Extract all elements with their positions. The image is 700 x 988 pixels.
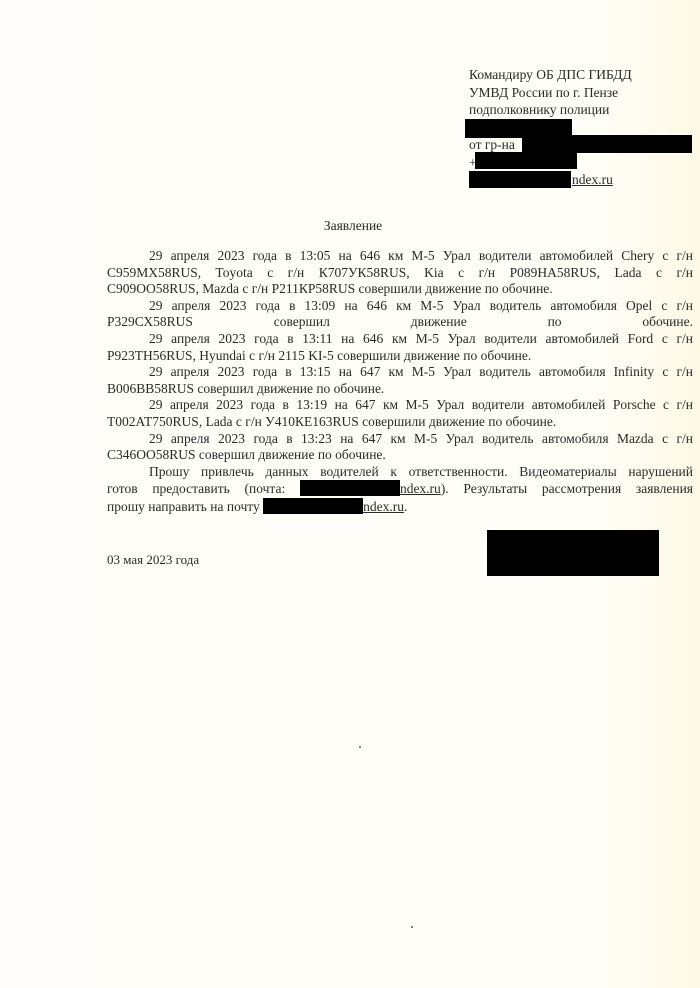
request-text: ). Результаты рассмотрения заявления bbox=[441, 481, 693, 496]
incident-paragraph: 29 апреля 2023 года в 13:23 на 647 км М-… bbox=[107, 431, 693, 464]
document-body: 29 апреля 2023 года в 13:05 на 646 км М-… bbox=[107, 248, 693, 516]
phone-line: + bbox=[469, 154, 700, 172]
text-line: готов предоставить (почта: ndex.ru). Рез… bbox=[107, 480, 693, 498]
text-line: С959МХ58RUS, Toyota с г/н К707УК58RUS, K… bbox=[107, 265, 693, 282]
text-line: 29 апреля 2023 года в 13:05 на 646 км М-… bbox=[107, 248, 693, 265]
redaction-box bbox=[300, 480, 400, 496]
redaction-box bbox=[475, 152, 577, 169]
scan-speck bbox=[411, 926, 413, 928]
text-line: Т002АТ750RUS, Lada с г/н У410КЕ163RUS со… bbox=[107, 414, 693, 431]
request-text: . bbox=[404, 499, 407, 514]
email-link[interactable]: ndex.ru bbox=[572, 171, 613, 189]
email-line: ndex.ru bbox=[469, 171, 700, 189]
redaction-box bbox=[263, 498, 363, 514]
incident-paragraph: 29 апреля 2023 года в 13:11 на 646 км М-… bbox=[107, 331, 693, 364]
text-line: С346ОО58RUS совершил движение по обочине… bbox=[107, 447, 693, 464]
text-line: 29 апреля 2023 года в 13:15 на 647 км М-… bbox=[107, 364, 693, 381]
request-text: готов предоставить (почта: bbox=[107, 481, 285, 496]
scan-speck bbox=[359, 746, 361, 748]
from-label: от гр-на bbox=[469, 137, 515, 152]
email-link[interactable]: ndex.ru bbox=[363, 499, 404, 514]
text-line: Прошу привлечь данных водителей к ответс… bbox=[107, 464, 693, 481]
incident-paragraph: 29 апреля 2023 года в 13:15 на 647 км М-… bbox=[107, 364, 693, 397]
document-date: 03 мая 2023 года bbox=[107, 552, 199, 568]
document-title: Заявление bbox=[0, 218, 700, 234]
request-paragraph: Прошу привлечь данных водителей к ответс… bbox=[107, 464, 693, 516]
text-line: Р923ТН56RUS, Hyundai с г/н 2115 KI-5 сов… bbox=[107, 348, 693, 365]
signature-redaction-box bbox=[487, 530, 659, 576]
document-page: Командиру ОБ ДПС ГИБДД УМВД России по г.… bbox=[0, 0, 700, 988]
addressee-line: Командиру ОБ ДПС ГИБДД bbox=[469, 66, 700, 84]
addressee-line: подполковнику полиции bbox=[469, 101, 700, 119]
text-line: 29 апреля 2023 года в 13:23 на 647 км М-… bbox=[107, 431, 693, 448]
text-line: 29 апреля 2023 года в 13:11 на 646 км М-… bbox=[107, 331, 693, 348]
redaction-box bbox=[522, 135, 692, 153]
text-line: С909ОО58RUS, Mazda с г/н Р211КР58RUS сов… bbox=[107, 281, 693, 298]
text-line: 29 апреля 2023 года в 13:19 на 647 км М-… bbox=[107, 397, 693, 414]
email-link[interactable]: ndex.ru bbox=[400, 481, 441, 496]
text-line: В006ВВ58RUS совершил движение по обочине… bbox=[107, 381, 693, 398]
text-line: Р329СХ58RUS совершил движение по обочине… bbox=[107, 314, 693, 331]
incident-paragraph: 29 апреля 2023 года в 13:19 на 647 км М-… bbox=[107, 397, 693, 430]
text-line: прошу направить на почту ndex.ru. bbox=[107, 498, 693, 516]
redacted-name-line bbox=[469, 119, 700, 137]
incident-paragraph: 29 апреля 2023 года в 13:09 на 646 км М-… bbox=[107, 298, 693, 331]
incident-paragraph: 29 апреля 2023 года в 13:05 на 646 км М-… bbox=[107, 248, 693, 298]
text-line: 29 апреля 2023 года в 13:09 на 646 км М-… bbox=[107, 298, 693, 315]
addressee-block: Командиру ОБ ДПС ГИБДД УМВД России по г.… bbox=[469, 66, 700, 189]
request-text: прошу направить на почту bbox=[107, 499, 260, 514]
redaction-box bbox=[469, 171, 571, 188]
addressee-line: УМВД России по г. Пензе bbox=[469, 84, 700, 102]
